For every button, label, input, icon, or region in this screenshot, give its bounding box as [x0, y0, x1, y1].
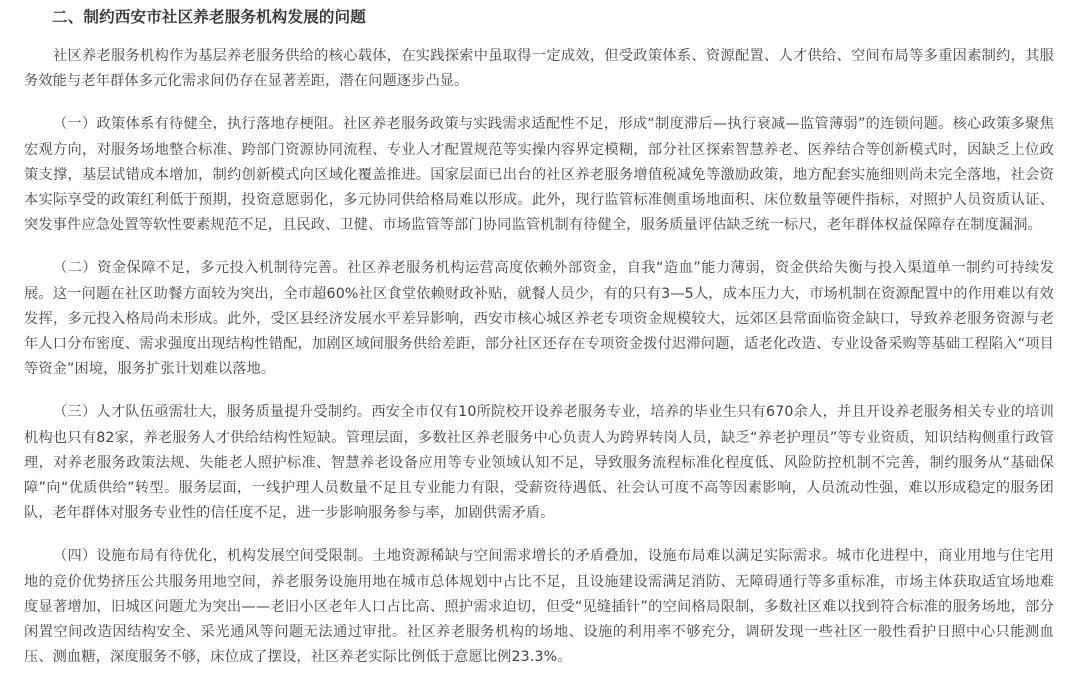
paragraph-policy-system: （一）政策体系有待健全，执行落地存梗阻。社区养老服务政策与实践需求适配性不足，形… [24, 112, 1054, 238]
section-heading: 二、制约西安市社区养老服务机构发展的问题 [24, 0, 1056, 30]
paragraph-funding: （二）资金保障不足，多元投入机制待完善。社区养老服务机构运营高度依赖外部资金，自… [24, 256, 1054, 382]
intro-paragraph: 社区养老服务机构作为基层养老服务供给的核心载体，在实践探索中虽取得一定成效，但受… [24, 44, 1054, 94]
paragraph-talent: （三）人才队伍亟需壮大，服务质量提升受制约。西安全市仅有10所院校开设养老服务专… [24, 400, 1054, 526]
paragraph-facilities: （四）设施布局有待优化，机构发展空间受限制。土地资源稀缺与空间需求增长的矛盾叠加… [24, 544, 1054, 670]
document-body: 二、制约西安市社区养老服务机构发展的问题 社区养老服务机构作为基层养老服务供给的… [0, 0, 1080, 670]
